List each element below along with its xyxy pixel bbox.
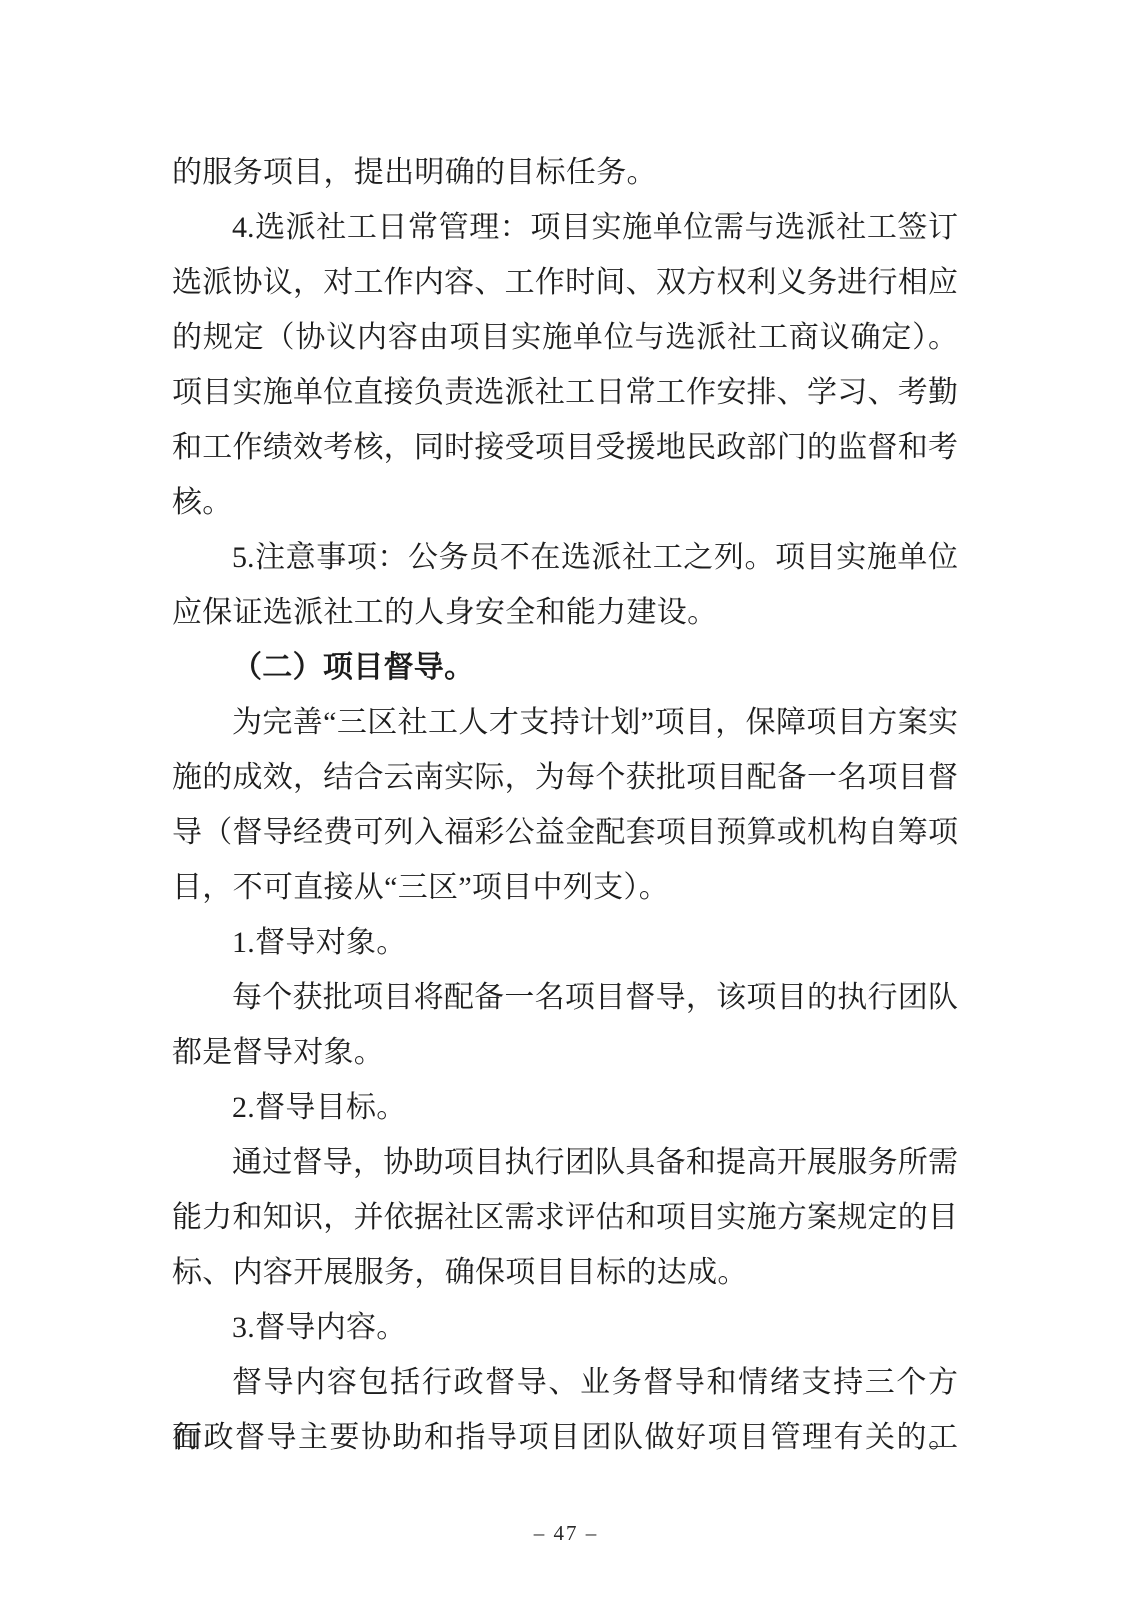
text-line: 每个获批项目将配备一名项目督导，该项目的执行团队 <box>172 970 958 1025</box>
text-line: 目，不可直接从“三区”项目中列支）。 <box>172 860 958 915</box>
section-heading: （二）项目督导。 <box>172 640 958 695</box>
numbered-item-heading: 2.督导目标。 <box>172 1080 958 1135</box>
text-line: 的规定（协议内容由项目实施单位与选派社工商议确定）。 <box>172 310 958 365</box>
text-line: 行政督导主要协助和指导项目团队做好项目管理有关的工 <box>172 1410 958 1465</box>
text-line: 为完善“三区社工人才支持计划”项目，保障项目方案实 <box>172 695 958 750</box>
text-line: 和工作绩效考核，同时接受项目受援地民政部门的监督和考 <box>172 420 958 475</box>
text-line: 能力和知识，并依据社区需求评估和项目实施方案规定的目 <box>172 1190 958 1245</box>
document-page: 的服务项目，提出明确的目标任务。 4.选派社工日常管理：项目实施单位需与选派社工… <box>0 0 1132 1600</box>
text-line: 标、内容开展服务，确保项目目标的达成。 <box>172 1245 958 1300</box>
text-line: 5.注意事项：公务员不在选派社工之列。项目实施单位 <box>172 530 958 585</box>
text-line: 通过督导，协助项目执行团队具备和提高开展服务所需 <box>172 1135 958 1190</box>
text-line: 4.选派社工日常管理：项目实施单位需与选派社工签订 <box>172 200 958 255</box>
numbered-item-heading: 3.督导内容。 <box>172 1300 958 1355</box>
numbered-item-heading: 1.督导对象。 <box>172 915 958 970</box>
text-line: 导（督导经费可列入福彩公益金配套项目预算或机构自筹项 <box>172 805 958 860</box>
text-line: 施的成效，结合云南实际，为每个获批项目配备一名项目督 <box>172 750 958 805</box>
text-line: 应保证选派社工的人身安全和能力建设。 <box>172 585 958 640</box>
text-line: 核。 <box>172 475 958 530</box>
text-line: 都是督导对象。 <box>172 1025 958 1080</box>
text-line: 督导内容包括行政督导、业务督导和情绪支持三个方面。 <box>172 1355 958 1410</box>
page-number: – 47 – <box>0 1515 1132 1551</box>
text-line: 选派协议，对工作内容、工作时间、双方权利义务进行相应 <box>172 255 958 310</box>
document-body: 的服务项目，提出明确的目标任务。 4.选派社工日常管理：项目实施单位需与选派社工… <box>172 145 958 1465</box>
text-line: 项目实施单位直接负责选派社工日常工作安排、学习、考勤 <box>172 365 958 420</box>
text-line: 的服务项目，提出明确的目标任务。 <box>172 145 958 200</box>
